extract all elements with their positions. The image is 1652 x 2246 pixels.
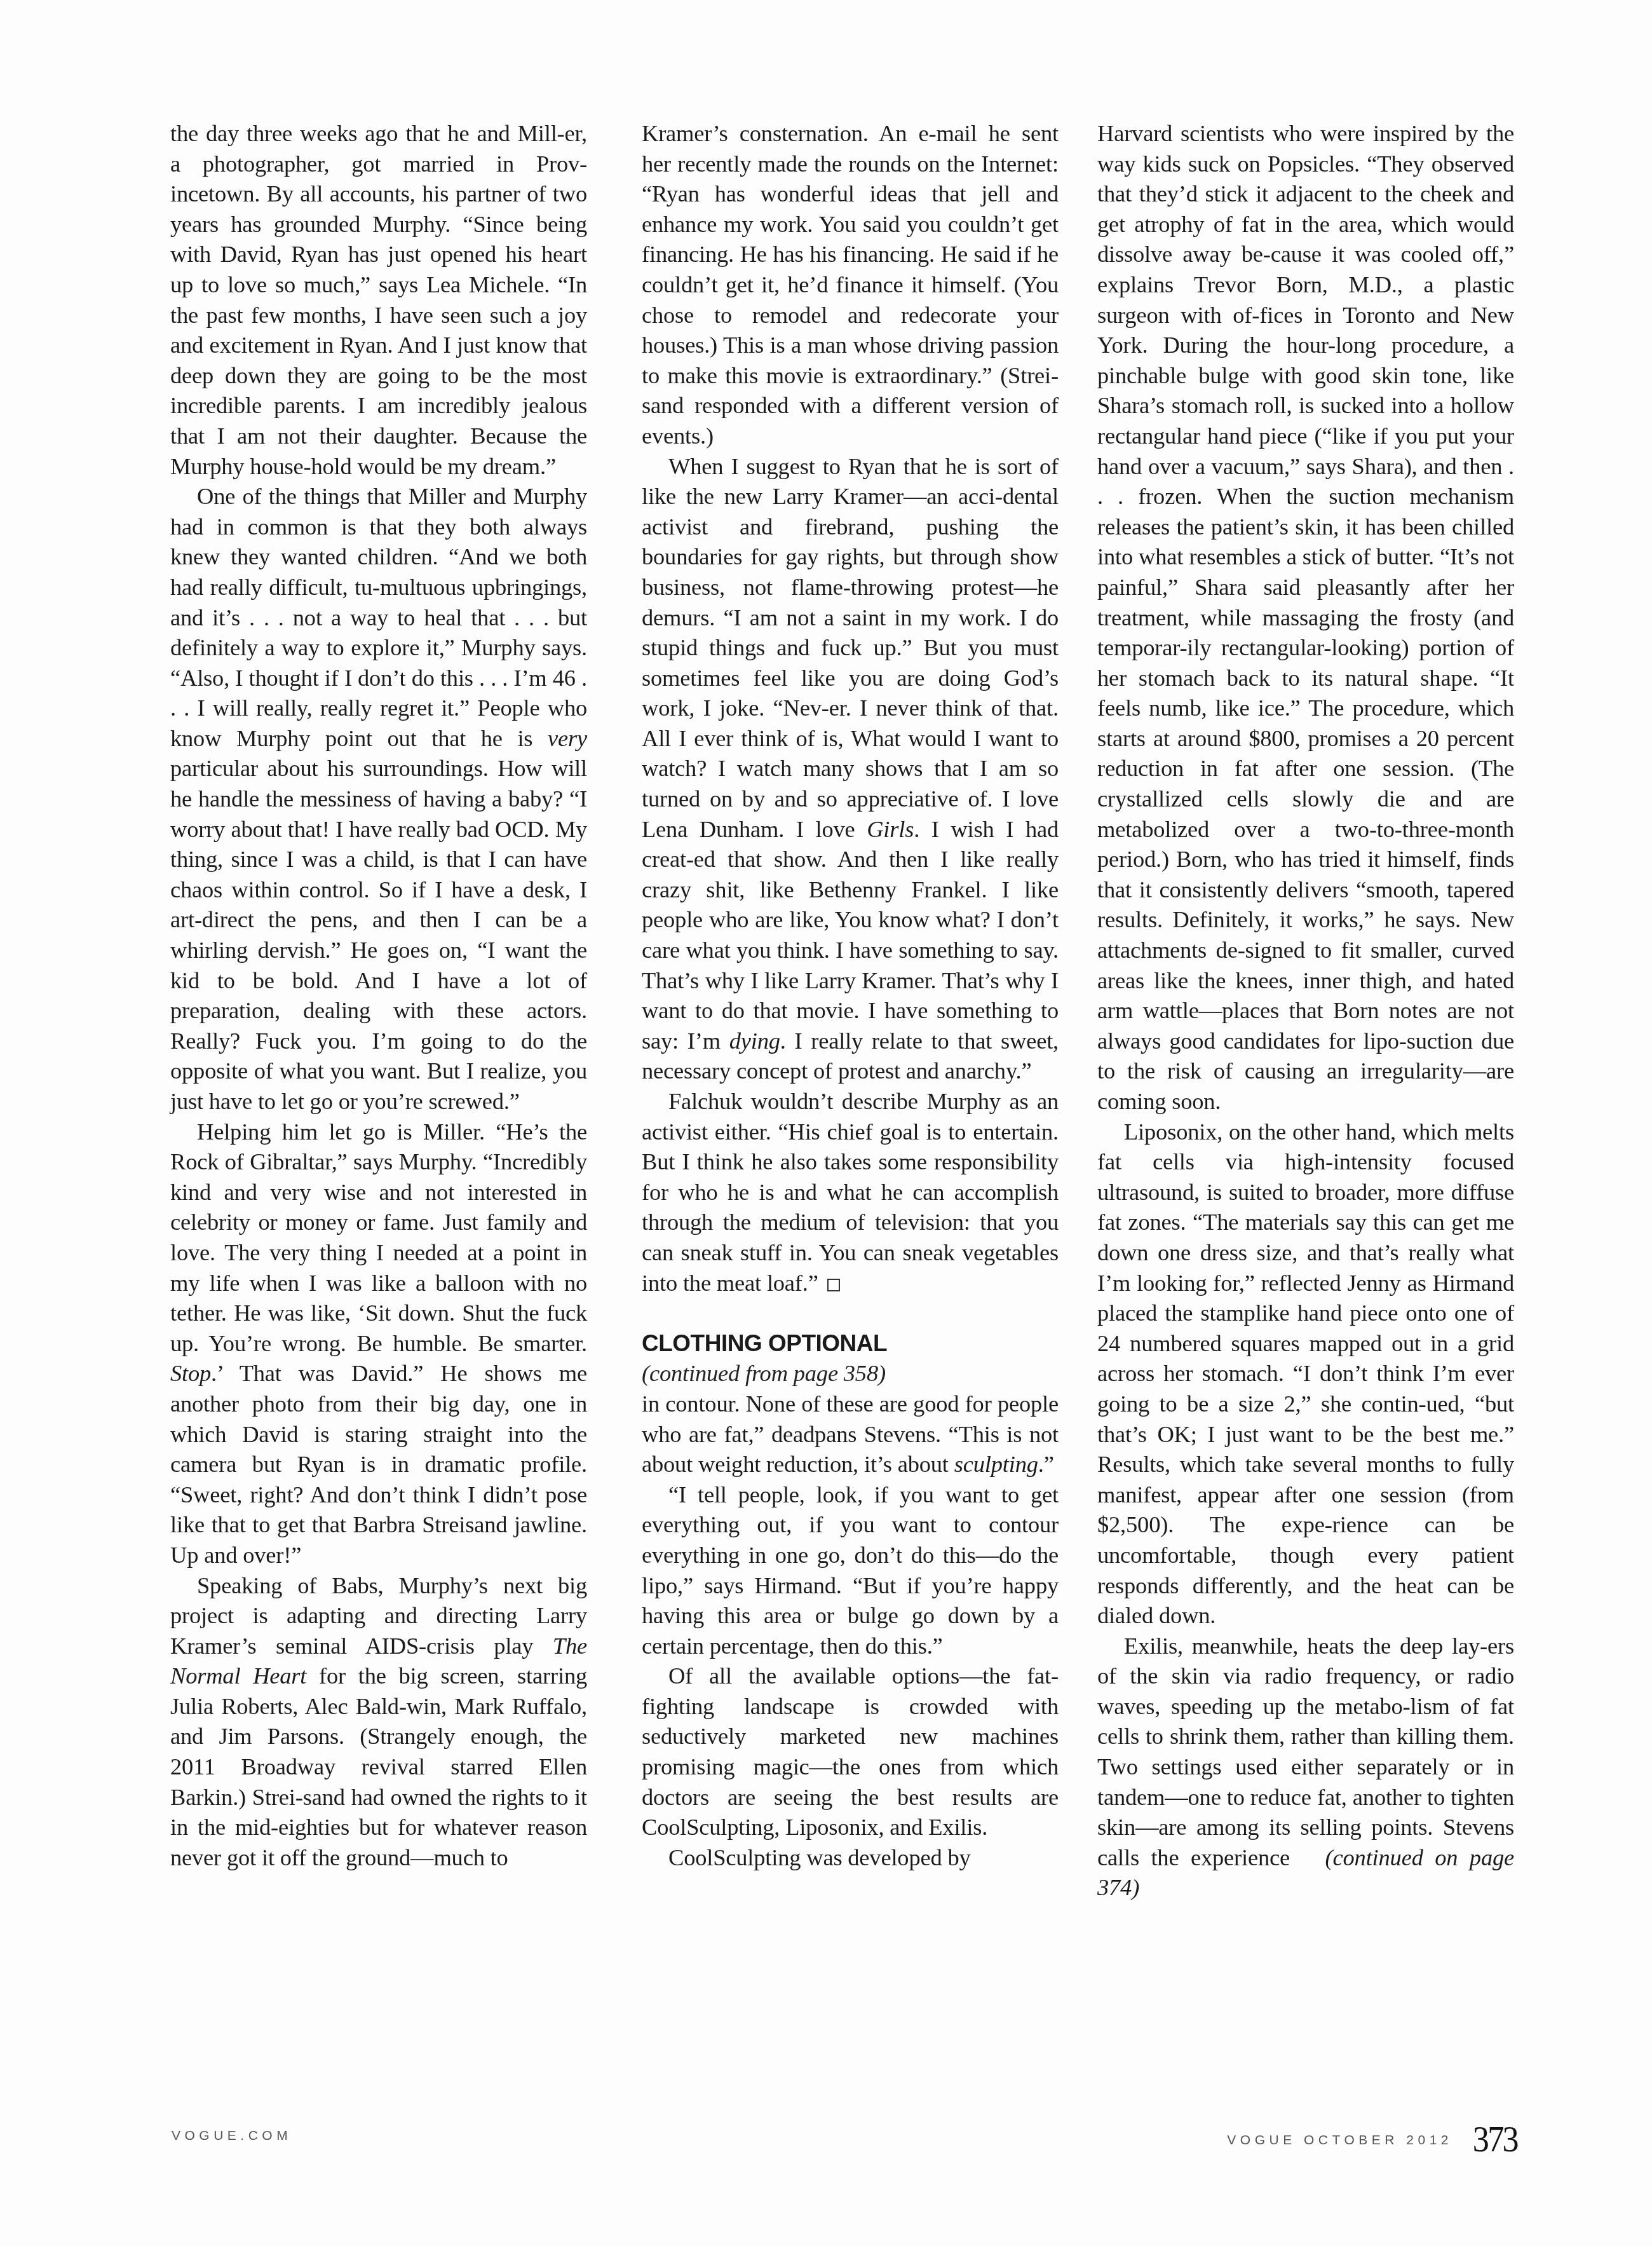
italic-text: very: [548, 725, 587, 751]
body-text: Of all the available options—the fat-fig…: [642, 1663, 1059, 1840]
body-text: particular about his surroundings. How w…: [170, 755, 587, 1114]
continued-from-note: (continued from page 358): [642, 1358, 1059, 1389]
body-text: .’ That was David.” He shows me another …: [170, 1360, 587, 1568]
body-text: CoolSculpting was developed by: [668, 1844, 971, 1870]
body-text: “I tell people, look, if you want to get…: [642, 1481, 1059, 1659]
footer-issue-date: VOGUE OCTOBER 2012: [1227, 2133, 1452, 2156]
body-text: Kramer’s consternation. An e-mail he sen…: [642, 120, 1059, 449]
article-paragraph: Helping him let go is Miller. “He’s the …: [170, 1117, 587, 1570]
body-text: Harvard scientists who were inspired by …: [1097, 120, 1514, 1114]
body-text: .”: [1038, 1451, 1054, 1477]
article-paragraph: Falchuk wouldn’t describe Murphy as an a…: [642, 1086, 1059, 1298]
article-paragraph: Exilis, meanwhile, heats the deep lay-er…: [1097, 1631, 1514, 1903]
italic-text: Stop: [170, 1360, 211, 1386]
footer-folio: VOGUE OCTOBER 2012 373: [1227, 2123, 1517, 2156]
body-text: Exilis, meanwhile, heats the deep lay-er…: [1097, 1633, 1514, 1870]
footer-website: VOGUE.COM: [172, 2128, 292, 2144]
body-text: Speaking of Babs, Murphy’s next big proj…: [170, 1572, 587, 1659]
article-paragraph: CoolSculpting was developed by: [642, 1842, 1059, 1873]
italic-text: dying: [729, 1028, 780, 1054]
article-column-1: the day three weeks ago that he and Mill…: [170, 118, 587, 1872]
article-paragraph: the day three weeks ago that he and Mill…: [170, 118, 587, 481]
article-paragraph: Harvard scientists who were inspired by …: [1097, 118, 1514, 1117]
magazine-page: the day three weeks ago that he and Mill…: [0, 0, 1652, 2246]
article-paragraph: Liposonix, on the other hand, which melt…: [1097, 1117, 1514, 1631]
italic-text: Girls: [867, 816, 914, 842]
article-paragraph: Of all the available options—the fat-fig…: [642, 1661, 1059, 1842]
article-paragraph: in contour. None of these are good for p…: [642, 1389, 1059, 1480]
article-paragraph: Speaking of Babs, Murphy’s next big proj…: [170, 1570, 587, 1873]
article-paragraph: “I tell people, look, if you want to get…: [642, 1480, 1059, 1661]
body-text: Falchuk wouldn’t describe Murphy as an a…: [642, 1088, 1059, 1296]
section-heading: CLOTHING OPTIONAL: [642, 1328, 1059, 1359]
body-text: the day three weeks ago that he and Mill…: [170, 120, 587, 479]
body-text: Liposonix, on the other hand, which melt…: [1097, 1119, 1514, 1629]
italic-text: sculpting: [954, 1451, 1038, 1477]
body-text: One of the things that Miller and Murphy…: [170, 483, 587, 751]
body-text: . I wish I had creat-ed that show. And t…: [642, 816, 1059, 1054]
article-paragraph: When I suggest to Ryan that he is sort o…: [642, 451, 1059, 1086]
end-of-article-square-icon: [827, 1279, 840, 1291]
article-paragraph: One of the things that Miller and Murphy…: [170, 481, 587, 1116]
article-column-2: Kramer’s consternation. An e-mail he sen…: [642, 118, 1059, 1872]
body-text: Helping him let go is Miller. “He’s the …: [170, 1119, 587, 1356]
body-text: for the big screen, starring Julia Rober…: [170, 1663, 587, 1870]
article-column-3: Harvard scientists who were inspired by …: [1097, 118, 1514, 1903]
article-paragraph: Kramer’s consternation. An e-mail he sen…: [642, 118, 1059, 451]
page-number: 373: [1473, 2123, 1517, 2156]
body-text: When I suggest to Ryan that he is sort o…: [642, 453, 1059, 842]
